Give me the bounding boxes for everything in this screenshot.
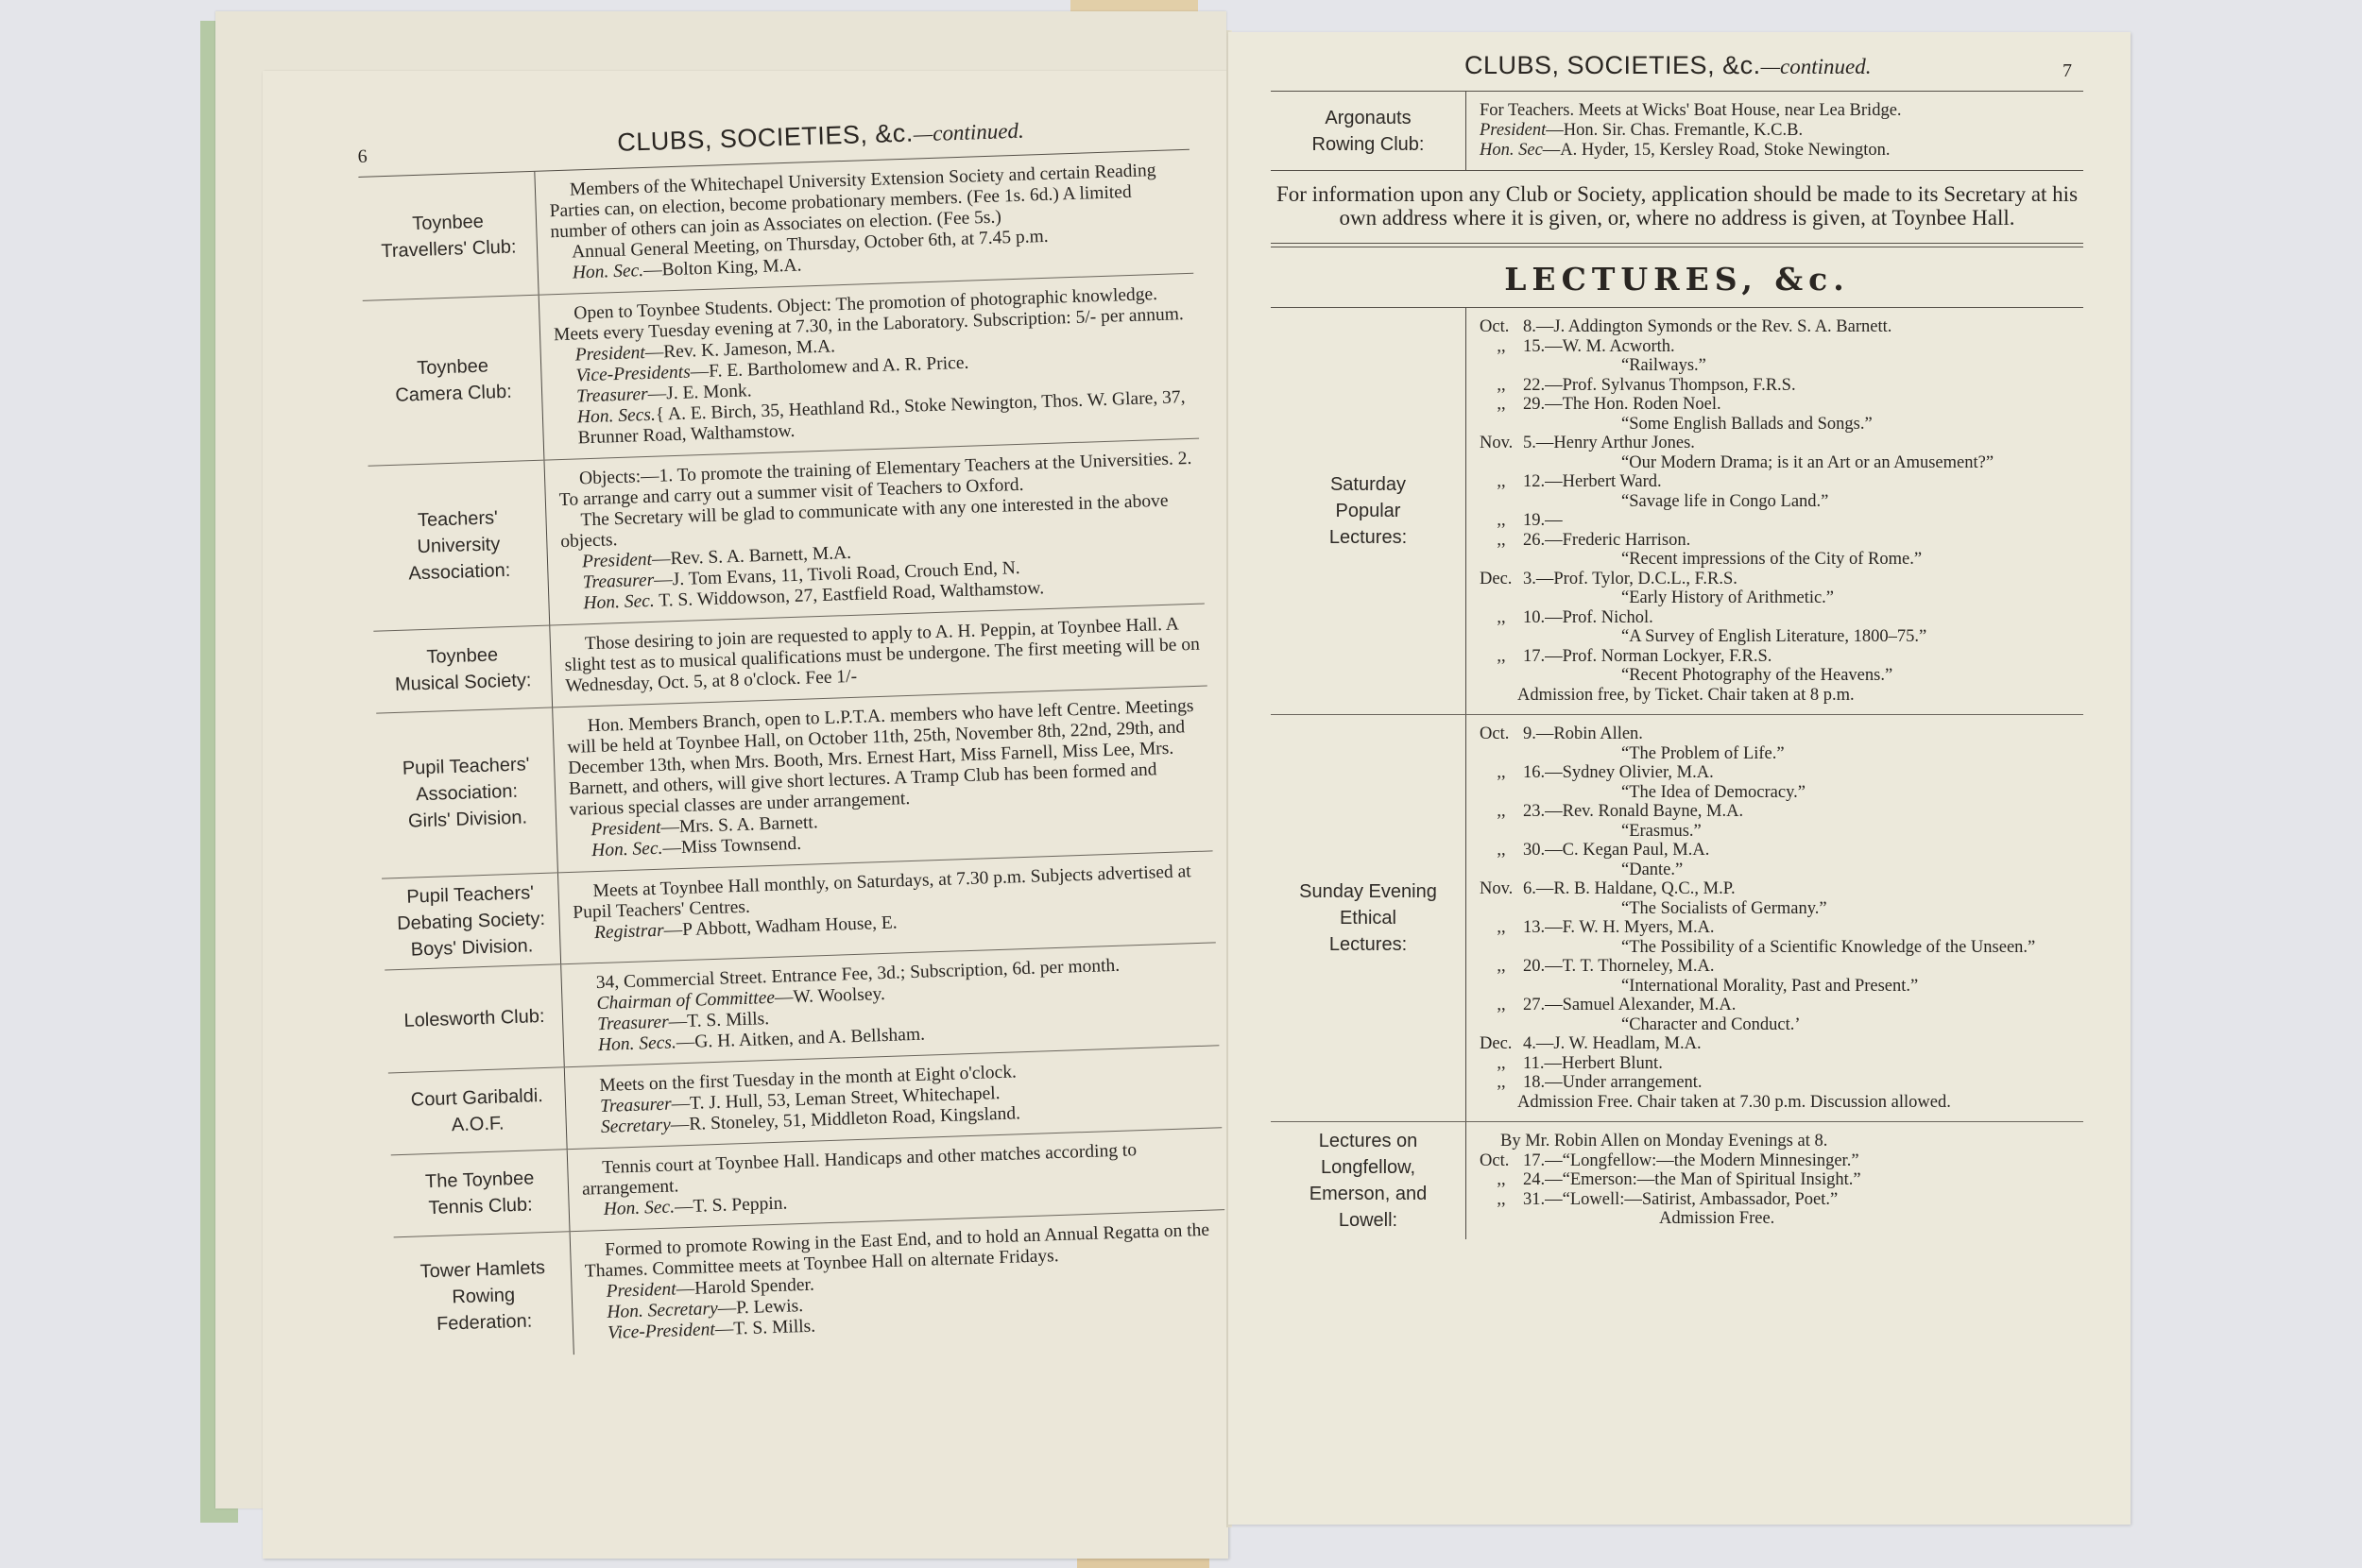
entry-label-text: Pupil Teachers'Debating Society:Boys' Di… bbox=[396, 879, 546, 963]
lecture-month: ,, bbox=[1480, 841, 1523, 861]
right-page-header: CLUBS, SOCIETIES, &c.—continued. 7 bbox=[1271, 51, 2083, 91]
lecture-item: ,,31.—“Lowell:—Satirist, Ambassador, Poe… bbox=[1480, 1190, 2083, 1210]
entry-content: Members of the Whitechapel University Ex… bbox=[535, 150, 1193, 295]
lecture-day: 29. bbox=[1523, 395, 1545, 414]
entry-label-line: Tennis Club: bbox=[426, 1191, 536, 1221]
left-page-content: 6 CLUBS, SOCIETIES, &c.—continued. Toynb… bbox=[357, 110, 1228, 1360]
entry-label: Teachers'UniversityAssociation: bbox=[368, 461, 551, 631]
line-text: —W. Woolsey. bbox=[775, 984, 886, 1008]
lecture-item: ,,18.—Under arrangement. bbox=[1480, 1073, 2083, 1093]
lecture-speaker: —Prof. Sylvanus Thompson, F.R.S. bbox=[1545, 376, 1795, 395]
lecture-day: 5. bbox=[1523, 434, 1536, 452]
entry-content: 34, Commercial Street. Entrance Fee, 3d.… bbox=[561, 943, 1219, 1066]
entry-label-text: Teachers'UniversityAssociation: bbox=[406, 504, 511, 588]
lecture-title: “International Morality, Past and Presen… bbox=[1480, 977, 2083, 997]
entry-label-line: Popular bbox=[1329, 498, 1407, 524]
lecture-title: “The Idea of Democracy.” bbox=[1480, 783, 2083, 803]
role-label: President bbox=[574, 343, 645, 365]
lecture-month: ,, bbox=[1480, 763, 1523, 783]
entry-label-text: ToynbeeTravellers' Club: bbox=[380, 207, 517, 264]
lecture-speaker: —J. W. Headlam, M.A. bbox=[1536, 1034, 1702, 1053]
lecture-item: Nov.6.—R. B. Haldane, Q.C., M.P. bbox=[1480, 879, 2083, 899]
role-label: Vice-Presidents bbox=[575, 362, 691, 385]
lecture-item: Oct.9.—Robin Allen. bbox=[1480, 724, 2083, 744]
lecture-day: 31. bbox=[1523, 1190, 1545, 1209]
entry-label-line: Boys' Division. bbox=[398, 932, 547, 963]
entry-label: Court Garibaldi.A.O.F. bbox=[388, 1067, 568, 1154]
line-text: —T. S. Peppin. bbox=[675, 1194, 788, 1218]
lecture-day: 10. bbox=[1523, 608, 1545, 627]
lecture-speaker: —Herbert Ward. bbox=[1545, 472, 1662, 491]
entry-label-text: Pupil Teachers'Association:Girls' Divisi… bbox=[402, 751, 531, 834]
role-label: Treasurer bbox=[582, 571, 654, 592]
lecture-item: Dec.3.—Prof. Tylor, D.C.L., F.R.S. bbox=[1480, 570, 2083, 589]
role-label: Hon. Sec. bbox=[573, 261, 644, 282]
entry-label-line: Saturday bbox=[1329, 471, 1407, 498]
entry-label-line: Girls' Division. bbox=[403, 804, 531, 834]
page-title-text: CLUBS, SOCIETIES, &c. bbox=[617, 118, 914, 156]
lecture-day: 15. bbox=[1523, 337, 1545, 356]
line-text: For Teachers. Meets at Wicks' Boat House… bbox=[1480, 101, 1902, 120]
role-label: Treasurer bbox=[597, 1013, 669, 1034]
entry-label-line: Teachers' bbox=[406, 504, 509, 535]
entry-label-line: Tower Hamlets bbox=[419, 1254, 545, 1285]
lecture-footer: Admission Free. bbox=[1480, 1209, 2083, 1229]
lectures-title: LECTURES, &c. bbox=[1271, 247, 2083, 307]
lecture-day: 27. bbox=[1523, 996, 1545, 1014]
lecture-day: 4. bbox=[1523, 1034, 1536, 1053]
entry-label-line: Travellers' Club: bbox=[381, 233, 517, 264]
lecture-speaker: — bbox=[1545, 511, 1563, 530]
argonauts-table: ArgonautsRowing Club:For Teachers. Meets… bbox=[1271, 92, 2083, 170]
lecture-group: SaturdayPopularLectures:Oct.8.—J. Adding… bbox=[1271, 308, 2083, 715]
entry-label-line: Ethical bbox=[1299, 905, 1437, 931]
lecture-item: ,,20.—T. T. Thorneley, M.A. bbox=[1480, 957, 2083, 977]
lecture-title: “Our Modern Drama; is it an Art or an Am… bbox=[1480, 453, 2083, 473]
lecture-day: 22. bbox=[1523, 376, 1545, 395]
lecture-day: 19. bbox=[1523, 511, 1545, 530]
lecture-title: “Savage life in Congo Land.” bbox=[1480, 492, 2083, 512]
lecture-title: “Early History of Arithmetic.” bbox=[1480, 588, 2083, 608]
lecture-title: “The Problem of Life.” bbox=[1480, 744, 2083, 764]
lecture-item: ,,13.—F. W. H. Myers, M.A. bbox=[1480, 918, 2083, 938]
role-label: Secretary bbox=[601, 1116, 672, 1137]
lectures-table: SaturdayPopularLectures:Oct.8.—J. Adding… bbox=[1271, 308, 2083, 1239]
clubs-table: ToynbeeTravellers' Club:Members of the W… bbox=[358, 150, 1228, 1360]
lecture-day: 8. bbox=[1523, 317, 1536, 336]
lecture-group: Lectures onLongfellow,Emerson, andLowell… bbox=[1271, 1122, 2083, 1239]
entry-label: The ToynbeeTennis Club: bbox=[391, 1150, 571, 1236]
lecture-item: ,,29.—The Hon. Roden Noel. bbox=[1480, 395, 2083, 415]
lecture-speaker: —“Lowell:—Satirist, Ambassador, Poet.” bbox=[1545, 1190, 1838, 1209]
lecture-item: ,,10.—Prof. Nichol. bbox=[1480, 608, 2083, 628]
entry-label-line: Longfellow, bbox=[1309, 1154, 1428, 1181]
entry-label: ToynbeeTravellers' Club: bbox=[358, 172, 539, 300]
role-label: President bbox=[590, 818, 661, 840]
lecture-speaker: —Prof. Norman Lockyer, F.R.S. bbox=[1545, 647, 1771, 666]
entry-label-line: Lowell: bbox=[1309, 1207, 1428, 1234]
lecture-speaker: —“Emerson:—the Man of Spiritual Insight.… bbox=[1545, 1170, 1860, 1189]
lecture-item: ,,12.—Herbert Ward. bbox=[1480, 472, 2083, 492]
lecture-footer: Admission free, by Ticket. Chair taken a… bbox=[1480, 686, 2083, 706]
lecture-title: “The Socialists of Germany.” bbox=[1480, 899, 2083, 919]
entry-label-line: Association: bbox=[408, 557, 511, 588]
page-title-suffix: —continued. bbox=[1761, 55, 1872, 78]
lecture-title: “Dante.” bbox=[1480, 861, 2083, 880]
lecture-intro: By Mr. Robin Allen on Monday Evenings at… bbox=[1480, 1132, 2083, 1151]
entry-label-line: Musical Society: bbox=[395, 667, 532, 698]
entry-label-line: Sunday Evening bbox=[1299, 878, 1437, 905]
lecture-item: ,,11.—Herbert Blunt. bbox=[1480, 1054, 2083, 1074]
lecture-month: Nov. bbox=[1480, 434, 1523, 453]
line-text: —Bolton King, M.A. bbox=[643, 255, 802, 281]
entry-label-line: University bbox=[407, 531, 510, 561]
lecture-title: “Railways.” bbox=[1480, 356, 2083, 376]
entry-label-line: Federation: bbox=[421, 1307, 547, 1338]
lecture-item: ,,17.—Prof. Norman Lockyer, F.R.S. bbox=[1480, 647, 2083, 667]
entry-label-text: Sunday EveningEthicalLectures: bbox=[1299, 878, 1437, 958]
lecture-speaker: —Henry Arthur Jones. bbox=[1536, 434, 1695, 452]
lecture-item: ,,16.—Sydney Olivier, M.A. bbox=[1480, 763, 2083, 783]
entry-label: Tower HamletsRowingFederation: bbox=[394, 1232, 574, 1360]
lecture-month: ,, bbox=[1480, 531, 1523, 551]
lecture-day: 17. bbox=[1523, 647, 1545, 666]
entry-label: ToynbeeCamera Club: bbox=[363, 296, 545, 466]
entry-label-text: SaturdayPopularLectures: bbox=[1329, 471, 1407, 551]
lecture-month: ,, bbox=[1480, 395, 1523, 415]
entry-label-text: Lectures onLongfellow,Emerson, andLowell… bbox=[1309, 1128, 1428, 1234]
page-title-text: CLUBS, SOCIETIES, &c. bbox=[1464, 51, 1761, 79]
lecture-month: Oct. bbox=[1480, 724, 1523, 744]
entry-label-text: ToynbeeCamera Club: bbox=[394, 352, 512, 409]
lecture-speaker: —W. M. Acworth. bbox=[1545, 337, 1675, 356]
right-page: CLUBS, SOCIETIES, &c.—continued. 7 Argon… bbox=[1228, 32, 2131, 1525]
lecture-month: ,, bbox=[1480, 996, 1523, 1015]
lecture-month: ,, bbox=[1480, 1054, 1523, 1074]
entry-label: ArgonautsRowing Club: bbox=[1271, 92, 1466, 170]
lecture-month: ,, bbox=[1480, 802, 1523, 822]
entry-label-text: The ToynbeeTennis Club: bbox=[425, 1165, 536, 1221]
club-entry: Tower HamletsRowingFederation:Formed to … bbox=[394, 1210, 1229, 1360]
entry-line: President—Hon. Sir. Chas. Fremantle, K.C… bbox=[1480, 121, 2083, 141]
lecture-title: “A Survey of English Literature, 1800–75… bbox=[1480, 627, 2083, 647]
page-title-suffix: —continued. bbox=[913, 119, 1024, 146]
entry-label-text: ArgonautsRowing Club: bbox=[1312, 105, 1425, 158]
entry-content: Open to Toynbee Students. Object: The pr… bbox=[539, 274, 1199, 460]
lecture-item: Dec.4.—J. W. Headlam, M.A. bbox=[1480, 1034, 2083, 1054]
entry-label: Sunday EveningEthicalLectures: bbox=[1271, 715, 1466, 1121]
lecture-month: Nov. bbox=[1480, 879, 1523, 899]
entry-label-line: Association: bbox=[402, 777, 530, 808]
entry-label-line: Lectures: bbox=[1329, 524, 1407, 551]
role-label: Hon. Sec. bbox=[583, 591, 655, 613]
entry-label: ToynbeeMusical Society: bbox=[373, 626, 553, 713]
entry-content: Objects:—1. To promote the training of E… bbox=[544, 439, 1204, 625]
lecture-title: “The Possibility of a Scientific Knowled… bbox=[1480, 938, 2083, 958]
entry-label-text: Tower HamletsRowingFederation: bbox=[419, 1254, 547, 1338]
lecture-item: Nov.5.—Henry Arthur Jones. bbox=[1480, 434, 2083, 453]
lecture-speaker: —Herbert Blunt. bbox=[1544, 1054, 1662, 1073]
entry-line: Those desiring to join are requested to … bbox=[564, 614, 1207, 697]
lecture-day: 26. bbox=[1523, 531, 1545, 550]
entry-line: Hon. Sec—A. Hyder, 15, Kersley Road, Sto… bbox=[1480, 141, 2083, 161]
lecture-title: “Erasmus.” bbox=[1480, 822, 2083, 842]
entry-label-line: Camera Club: bbox=[395, 379, 512, 409]
lecture-month: Dec. bbox=[1480, 570, 1523, 589]
line-text: —P. Lewis. bbox=[717, 1296, 803, 1319]
lecture-list: Oct.9.—Robin Allen.“The Problem of Life.… bbox=[1466, 715, 2083, 1121]
lecture-speaker: —Rev. Ronald Bayne, M.A. bbox=[1545, 802, 1743, 821]
club-entry: Teachers'UniversityAssociation:Objects:—… bbox=[368, 439, 1205, 632]
lecture-month: ,, bbox=[1480, 376, 1523, 396]
lecture-day: 16. bbox=[1523, 763, 1545, 782]
lecture-speaker: —Prof. Tylor, D.C.L., F.R.S. bbox=[1536, 570, 1737, 588]
role-label: President bbox=[606, 1279, 676, 1301]
page-title: CLUBS, SOCIETIES, &c.—continued. bbox=[1464, 51, 1871, 80]
lecture-month: ,, bbox=[1480, 337, 1523, 357]
entry-label-line: A.O.F. bbox=[411, 1109, 544, 1140]
club-entry: ToynbeeCamera Club:Open to Toynbee Stude… bbox=[363, 274, 1199, 467]
lecture-month: ,, bbox=[1480, 1170, 1523, 1190]
lecture-month: Dec. bbox=[1480, 1034, 1523, 1054]
lecture-day: 12. bbox=[1523, 472, 1545, 491]
lecture-day: 6. bbox=[1523, 879, 1536, 898]
entry-content: For Teachers. Meets at Wicks' Boat House… bbox=[1466, 92, 2083, 170]
lecture-day: 23. bbox=[1523, 802, 1545, 821]
lecture-day: 13. bbox=[1523, 918, 1545, 937]
role-label: Treasurer bbox=[576, 384, 648, 406]
entry-label-text: ToynbeeMusical Society: bbox=[394, 640, 532, 698]
entry-content: Hon. Members Branch, open to L.P.T.A. me… bbox=[553, 686, 1212, 872]
lecture-title: “Character and Conduct.’ bbox=[1480, 1015, 2083, 1035]
entry-label-line: Lolesworth Club: bbox=[403, 1003, 545, 1034]
lecture-month: Oct. bbox=[1480, 317, 1523, 337]
lecture-month: ,, bbox=[1480, 472, 1523, 492]
entry-label-line: The Toynbee bbox=[425, 1165, 535, 1195]
lecture-speaker: —Frederic Harrison. bbox=[1545, 531, 1690, 550]
entry-label-line: Argonauts bbox=[1312, 105, 1425, 131]
lecture-speaker: —Robin Allen. bbox=[1536, 724, 1643, 743]
lecture-item: ,,24.—“Emerson:—the Man of Spiritual Ins… bbox=[1480, 1170, 2083, 1190]
role-label: Hon. Secs. bbox=[598, 1032, 677, 1055]
club-entry: ArgonautsRowing Club:For Teachers. Meets… bbox=[1271, 92, 2083, 170]
lecture-month: ,, bbox=[1480, 608, 1523, 628]
entry-label-line: Pupil Teachers' bbox=[402, 751, 529, 781]
entry-label-line: Lectures on bbox=[1309, 1128, 1428, 1154]
lecture-speaker: —Prof. Nichol. bbox=[1545, 608, 1653, 627]
lecture-month: ,, bbox=[1480, 647, 1523, 667]
lecture-day: 17. bbox=[1523, 1151, 1545, 1170]
lecture-item: ,,15.—W. M. Acworth. bbox=[1480, 337, 2083, 357]
lecture-speaker: —“Longfellow:—the Modern Minnesinger.” bbox=[1545, 1151, 1858, 1170]
entry-content: Formed to promote Rowing in the East End… bbox=[571, 1210, 1229, 1355]
lecture-speaker: —F. W. H. Myers, M.A. bbox=[1545, 918, 1714, 937]
role-label: Hon. Sec. bbox=[591, 839, 663, 861]
lecture-footer: Admission Free. Chair taken at 7.30 p.m.… bbox=[1480, 1093, 2083, 1113]
role-label: Vice-President bbox=[608, 1320, 715, 1343]
lecture-speaker: —The Hon. Roden Noel. bbox=[1545, 395, 1721, 414]
lecture-speaker: —T. T. Thorneley, M.A. bbox=[1545, 957, 1714, 976]
entry-label-line: Court Garibaldi. bbox=[410, 1082, 543, 1114]
lecture-item: Oct.17.—“Longfellow:—the Modern Minnesin… bbox=[1480, 1151, 2083, 1171]
club-entry: Pupil Teachers'Association:Girls' Divisi… bbox=[376, 686, 1212, 878]
lecture-month: ,, bbox=[1480, 918, 1523, 938]
lecture-title: “Recent Photography of the Heavens.” bbox=[1480, 666, 2083, 686]
lecture-month: Oct. bbox=[1480, 1151, 1523, 1171]
lecture-item: Oct.8.—J. Addington Symonds or the Rev. … bbox=[1480, 317, 2083, 337]
lecture-month: ,, bbox=[1480, 1190, 1523, 1210]
page-title: CLUBS, SOCIETIES, &c.—continued. bbox=[617, 115, 1024, 158]
role-label: President bbox=[1480, 121, 1546, 140]
entry-label: Lolesworth Club: bbox=[385, 964, 564, 1072]
entry-label-line: Rowing bbox=[420, 1281, 546, 1311]
entry-label: Pupil Teachers'Debating Society:Boys' Di… bbox=[382, 873, 561, 969]
lecture-speaker: —R. B. Haldane, Q.C., M.P. bbox=[1536, 879, 1736, 898]
line-text: —A. Hyder, 15, Kersley Road, Stoke Newin… bbox=[1543, 141, 1891, 160]
entry-label-line: Lectures: bbox=[1299, 931, 1437, 958]
line-text: —Hon. Sir. Chas. Fremantle, K.C.B. bbox=[1546, 121, 1803, 140]
entry-label-line: Toynbee bbox=[394, 352, 511, 383]
lecture-speaker: —C. Kegan Paul, M.A. bbox=[1545, 841, 1709, 860]
lecture-day: 30. bbox=[1523, 841, 1545, 860]
lecture-day: 9. bbox=[1523, 724, 1536, 743]
role-label: Treasurer bbox=[600, 1095, 672, 1116]
lecture-month: ,, bbox=[1480, 1073, 1523, 1093]
lecture-title: “Recent impressions of the City of Rome.… bbox=[1480, 550, 2083, 570]
page-number: 7 bbox=[2062, 60, 2072, 82]
entry-label-text: Lolesworth Club: bbox=[403, 1003, 545, 1034]
line-text: —T. S. Mills. bbox=[714, 1317, 815, 1340]
entry-label: SaturdayPopularLectures: bbox=[1271, 308, 1466, 714]
line-text: —J. E. Monk. bbox=[647, 381, 752, 404]
lecture-speaker: —J. Addington Symonds or the Rev. S. A. … bbox=[1536, 317, 1892, 336]
lecture-item: ,,19.— bbox=[1480, 511, 2083, 531]
lecture-list: Oct.8.—J. Addington Symonds or the Rev. … bbox=[1466, 308, 2083, 714]
lecture-item: ,,26.—Frederic Harrison. bbox=[1480, 531, 2083, 551]
role-label: Hon. Sec. bbox=[603, 1197, 675, 1219]
entry-label-line: Rowing Club: bbox=[1312, 131, 1425, 158]
entry-label-line: Emerson, and bbox=[1309, 1181, 1428, 1207]
role-label: Hon. Secs. bbox=[577, 405, 657, 428]
line-text: Hon. Members Branch, open to L.P.T.A. me… bbox=[567, 696, 1194, 820]
role-label: Registrar bbox=[594, 921, 664, 943]
right-page-content: CLUBS, SOCIETIES, &c.—continued. 7 Argon… bbox=[1271, 51, 2083, 1239]
lecture-day: 20. bbox=[1523, 957, 1545, 976]
line-text: —T. S. Mills. bbox=[668, 1009, 769, 1032]
line-text: Those desiring to join are requested to … bbox=[564, 614, 1200, 696]
lecture-month: ,, bbox=[1480, 957, 1523, 977]
lecture-speaker: —Sydney Olivier, M.A. bbox=[1545, 763, 1714, 782]
page-number: 6 bbox=[357, 146, 368, 168]
lecture-list: By Mr. Robin Allen on Monday Evenings at… bbox=[1466, 1122, 2083, 1239]
lecture-title: “Some English Ballads and Songs.” bbox=[1480, 415, 2083, 435]
lecture-item: ,,23.—Rev. Ronald Bayne, M.A. bbox=[1480, 802, 2083, 822]
lecture-speaker: —Samuel Alexander, M.A. bbox=[1545, 996, 1736, 1014]
lecture-day: 24. bbox=[1523, 1170, 1545, 1189]
line-text: —Miss Townsend. bbox=[662, 834, 801, 859]
left-page: 6 CLUBS, SOCIETIES, &c.—continued. Toynb… bbox=[263, 71, 1228, 1559]
entry-label: Lectures onLongfellow,Emerson, andLowell… bbox=[1271, 1122, 1466, 1239]
info-note: For information upon any Club or Society… bbox=[1271, 171, 2083, 243]
lecture-day: 3. bbox=[1523, 570, 1536, 588]
entry-line: For Teachers. Meets at Wicks' Boat House… bbox=[1480, 101, 2083, 121]
entry-label: Pupil Teachers'Association:Girls' Divisi… bbox=[376, 707, 558, 878]
role-label: President bbox=[582, 550, 653, 571]
lecture-item: ,,27.—Samuel Alexander, M.A. bbox=[1480, 996, 2083, 1015]
role-label: Hon. Secretary bbox=[607, 1299, 718, 1322]
lecture-month: ,, bbox=[1480, 511, 1523, 531]
entry-label-text: Court Garibaldi.A.O.F. bbox=[410, 1082, 544, 1140]
lecture-group: Sunday EveningEthicalLectures:Oct.9.—Rob… bbox=[1271, 715, 2083, 1122]
lecture-speaker: —Under arrangement. bbox=[1545, 1073, 1702, 1092]
lecture-day: 11. bbox=[1523, 1054, 1544, 1073]
lecture-item: ,,22.—Prof. Sylvanus Thompson, F.R.S. bbox=[1480, 376, 2083, 396]
lecture-item: ,,30.—C. Kegan Paul, M.A. bbox=[1480, 841, 2083, 861]
role-label: Hon. Sec bbox=[1480, 141, 1543, 160]
lecture-day: 18. bbox=[1523, 1073, 1545, 1092]
